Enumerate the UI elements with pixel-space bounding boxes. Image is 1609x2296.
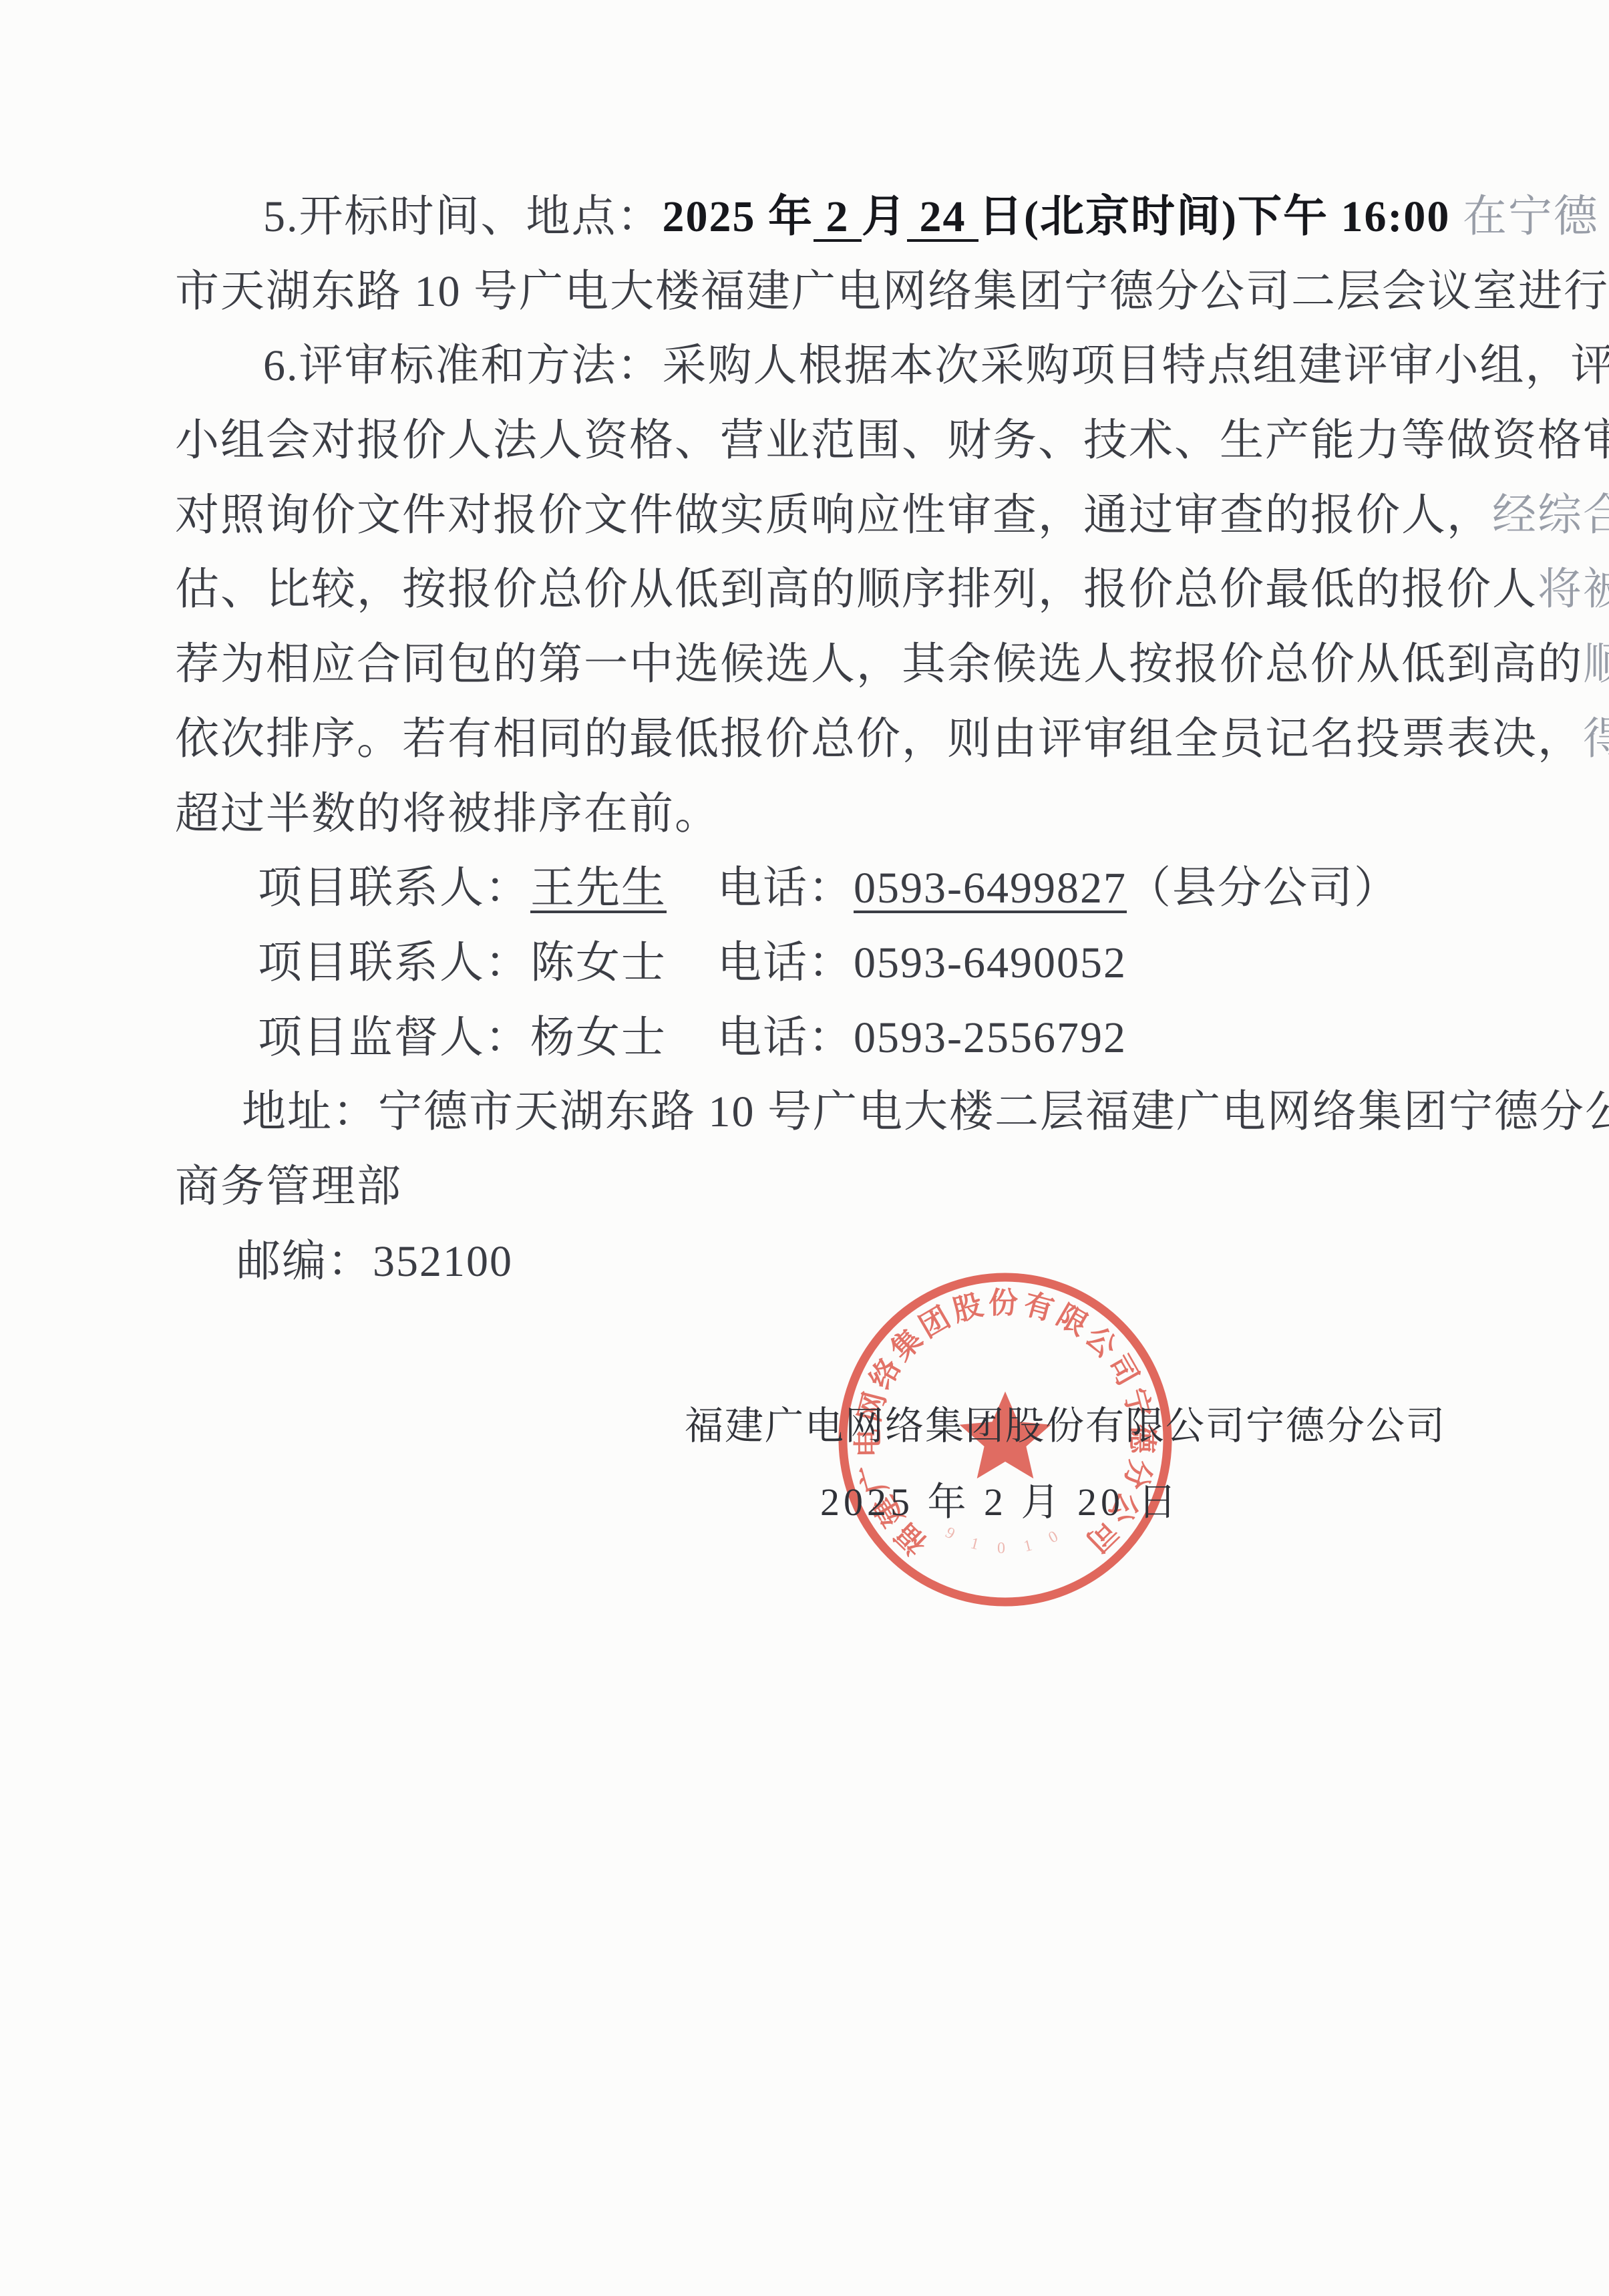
para6-line5b: 顺序 [1583,640,1609,689]
line-evaluation-1: 6.评审标准和方法：采购人根据本次采购项目特点组建评审小组，评审 [175,329,1447,403]
scanned-document-page: 5.开标时间、地点：2025 年 2 月 24 日(北京时间)下午 16:00 … [0,0,1609,2296]
line-evaluation-4: 估、比较，按报价总价从低到高的顺序排列，报价总价最低的报价人将被推 [175,552,1447,627]
contact-row-1: 项目联系人：王先生电话：0593-6499827（县分公司） [175,851,1447,926]
line-evaluation-3: 对照询价文件对报价文件做实质响应性审查，通过审查的报价人，经综合评 [175,478,1447,553]
seal-serial: 9 1 0 1 0 [942,1524,1068,1557]
bid-day-number: 24 [907,192,978,241]
bid-location: 市天湖东路 10 号广电大楼福建广电网络集团宁德分公司二层会议室进行。 [175,267,1609,316]
para5-tail: 在宁德 [1463,192,1599,241]
contact-1-tel-label: 电话： [717,864,854,913]
para6-line4a: 估、比较，按报价总价从低到高的顺序排列，报价总价最低的报价人 [175,565,1538,614]
contact-2-phone: 0593-6490052 [854,939,1127,987]
line-evaluation-5: 荐为相应合同包的第一中选候选人，其余候选人按报价总价从低到高的顺序 [175,627,1447,702]
contact-3-phone: 0593-2556792 [854,1013,1127,1062]
contact-1-suffix: （县分公司） [1127,864,1399,913]
para6-label: 6.评审标准和方法： [263,341,663,390]
contact-2-label: 项目联系人： [258,939,530,987]
para6-line1b: 采购人根据本次采购项目特点组建评审小组，评审 [663,341,1609,390]
line-bid-opening-2: 市天湖东路 10 号广电大楼福建广电网络集团宁德分公司二层会议室进行。 [175,255,1447,329]
postal-code: 邮编：352100 [236,1237,513,1286]
contact-2-left: 项目联系人：陈女士 [258,926,717,1001]
contact-3-label: 项目监督人： [258,1013,530,1062]
para5-label: 5.开标时间、地点： [263,192,663,241]
signature-company: 福建广电网络集团股份有限公司宁德分公司 [685,1394,1446,1450]
contact-1-left: 项目联系人：王先生 [258,851,717,926]
bid-time: 日(北京时间)下午 16:00 [978,192,1463,241]
contact-2-tel-label: 电话： [717,939,854,987]
signature-date: 2025 年 2 月 20 日 [820,1470,1181,1526]
document-body: 5.开标时间、地点：2025 年 2 月 24 日(北京时间)下午 16:00 … [175,180,1447,1299]
contact-row-2: 项目联系人：陈女士电话：0593-6490052 [175,926,1447,1001]
contact-row-3: 项目监督人：杨女士电话：0593-2556792 [175,1001,1447,1076]
contact-2-name: 陈女士 [530,939,667,987]
para6-line6b: 得票 [1583,715,1609,764]
contact-3-left: 项目监督人：杨女士 [258,1001,717,1076]
line-evaluation-2: 小组会对报价人法人资格、营业范围、财务、技术、生产能力等做资格审查， [175,403,1447,478]
contact-3-name: 杨女士 [530,1013,667,1062]
address-dept: 商务管理部 [175,1162,402,1211]
contact-1-label: 项目联系人： [258,864,530,913]
para6-line3b: 经综合评 [1492,491,1609,540]
bid-year: 2025 年 [663,192,814,241]
contact-3-tel-label: 电话： [717,1013,854,1062]
para6-line3a: 对照询价文件对报价文件做实质响应性审查，通过审查的报价人， [175,491,1492,540]
line-address-1: 地址：宁德市天湖东路 10 号广电大楼二层福建广电网络集团宁德分公司 [175,1075,1447,1150]
para6-line7: 超过半数的将被排序在前。 [175,790,720,838]
para6-line2: 小组会对报价人法人资格、营业范围、财务、技术、生产能力等做资格审查， [175,416,1609,465]
bid-month-number: 2 [814,192,862,241]
para6-line6a: 依次排序。若有相同的最低报价总价，则由评审组全员记名投票表决， [175,715,1583,764]
line-bid-opening-1: 5.开标时间、地点：2025 年 2 月 24 日(北京时间)下午 16:00 … [175,180,1447,255]
address-text: 地址：宁德市天湖东路 10 号广电大楼二层福建广电网络集团宁德分公司 [242,1088,1609,1136]
para6-line4b: 将被推 [1538,565,1609,614]
para6-line5a: 荐为相应合同包的第一中选候选人，其余候选人按报价总价从低到高的 [175,640,1583,689]
contact-1-phone: 0593-6499827 [854,864,1127,913]
line-evaluation-6: 依次排序。若有相同的最低报价总价，则由评审组全员记名投票表决，得票 [175,702,1447,777]
seal-serial-holder: 9 1 0 1 0 [942,1524,1068,1557]
line-address-2: 商务管理部 [175,1150,1447,1224]
line-evaluation-7: 超过半数的将被排序在前。 [175,777,1447,852]
contact-1-name: 王先生 [530,864,667,913]
line-postal: 邮编：352100 [175,1224,1447,1299]
bid-month-char: 月 [862,192,907,241]
